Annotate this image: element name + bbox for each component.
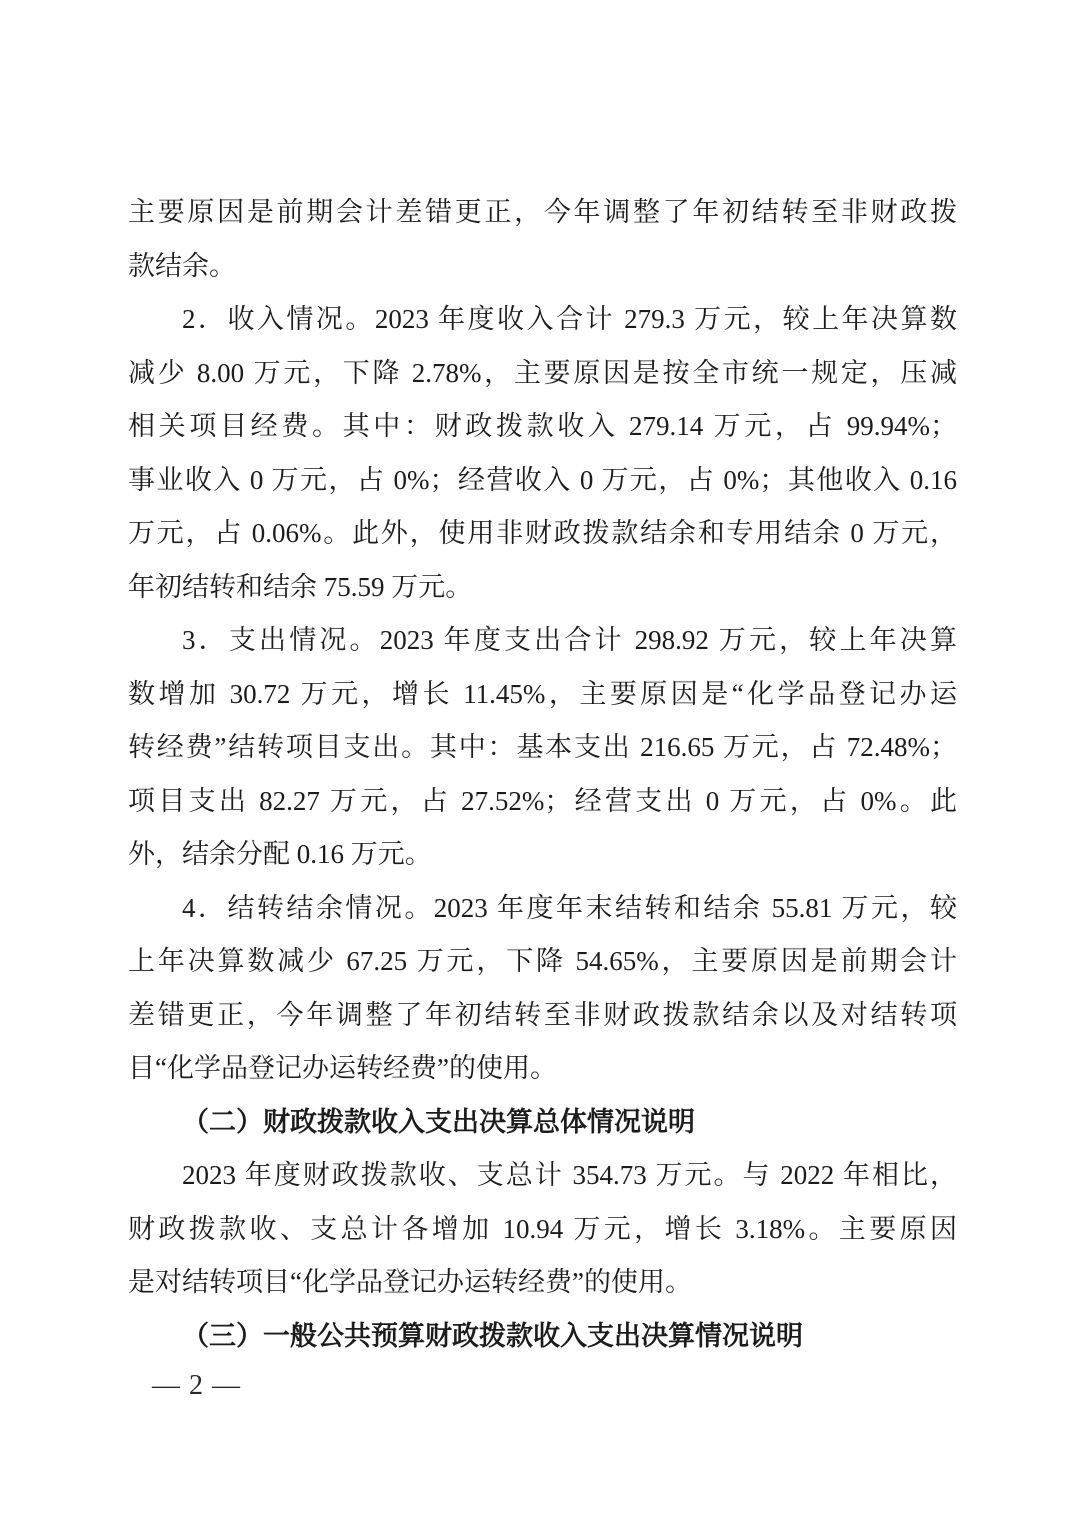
document-line: 财政拨款收、支总计各增加 10.94 万元，增长 3.18%。主要原因 xyxy=(128,1203,957,1257)
document-line: 差错更正，今年调整了年初结转至非财政拨款结余以及对结转项 xyxy=(128,989,957,1043)
page-number: — 2 — xyxy=(152,1372,241,1400)
document-line: 目“化学品登记办运转经费”的使用。 xyxy=(128,1042,957,1096)
document-line: 3．支出情况。2023 年度支出合计 298.92 万元，较上年决算 xyxy=(128,614,957,668)
document-line: 年初结转和结余 75.59 万元。 xyxy=(128,561,957,615)
section-heading-2: （二）财政拨款收入支出决算总体情况说明 xyxy=(128,1096,957,1150)
document-line: 4．结转结余情况。2023 年度年末结转和结余 55.81 万元，较 xyxy=(128,882,957,936)
section-heading-3: （三）一般公共预算财政拨款收入支出决算情况说明 xyxy=(128,1310,957,1364)
document-line: 减少 8.00 万元，下降 2.78%，主要原因是按全市统一规定，压减 xyxy=(128,347,957,401)
document-line: 外，结余分配 0.16 万元。 xyxy=(128,828,957,882)
document-line: 款结余。 xyxy=(128,240,957,294)
document-line: 项目支出 82.27 万元，占 27.52%；经营支出 0 万元，占 0%。此 xyxy=(128,775,957,829)
document-line: 万元，占 0.06%。此外，使用非财政拨款结余和专用结余 0 万元， xyxy=(128,507,957,561)
document-line: 主要原因是前期会计差错更正，今年调整了年初结转至非财政拨 xyxy=(128,186,957,240)
document-line: 上年决算数减少 67.25 万元，下降 54.65%，主要原因是前期会计 xyxy=(128,935,957,989)
document-line: 是对结转项目“化学品登记办运转经费”的使用。 xyxy=(128,1256,957,1310)
document-line: 转经费”结转项目支出。其中：基本支出 216.65 万元，占 72.48%； xyxy=(128,721,957,775)
document-line: 数增加 30.72 万元，增长 11.45%，主要原因是“化学品登记办运 xyxy=(128,668,957,722)
document-line: 2023 年度财政拨款收、支总计 354.73 万元。与 2022 年相比， xyxy=(128,1149,957,1203)
document-line: 事业收入 0 万元，占 0%；经营收入 0 万元，占 0%；其他收入 0.16 xyxy=(128,454,957,508)
document-line: 2．收入情况。2023 年度收入合计 279.3 万元，较上年决算数 xyxy=(128,293,957,347)
document-body: 主要原因是前期会计差错更正，今年调整了年初结转至非财政拨 款结余。 2．收入情况… xyxy=(0,0,1075,1363)
document-line: 相关项目经费。其中：财政拨款收入 279.14 万元，占 99.94%； xyxy=(128,400,957,454)
document-page: 主要原因是前期会计差错更正，今年调整了年初结转至非财政拨 款结余。 2．收入情况… xyxy=(0,0,1075,1520)
